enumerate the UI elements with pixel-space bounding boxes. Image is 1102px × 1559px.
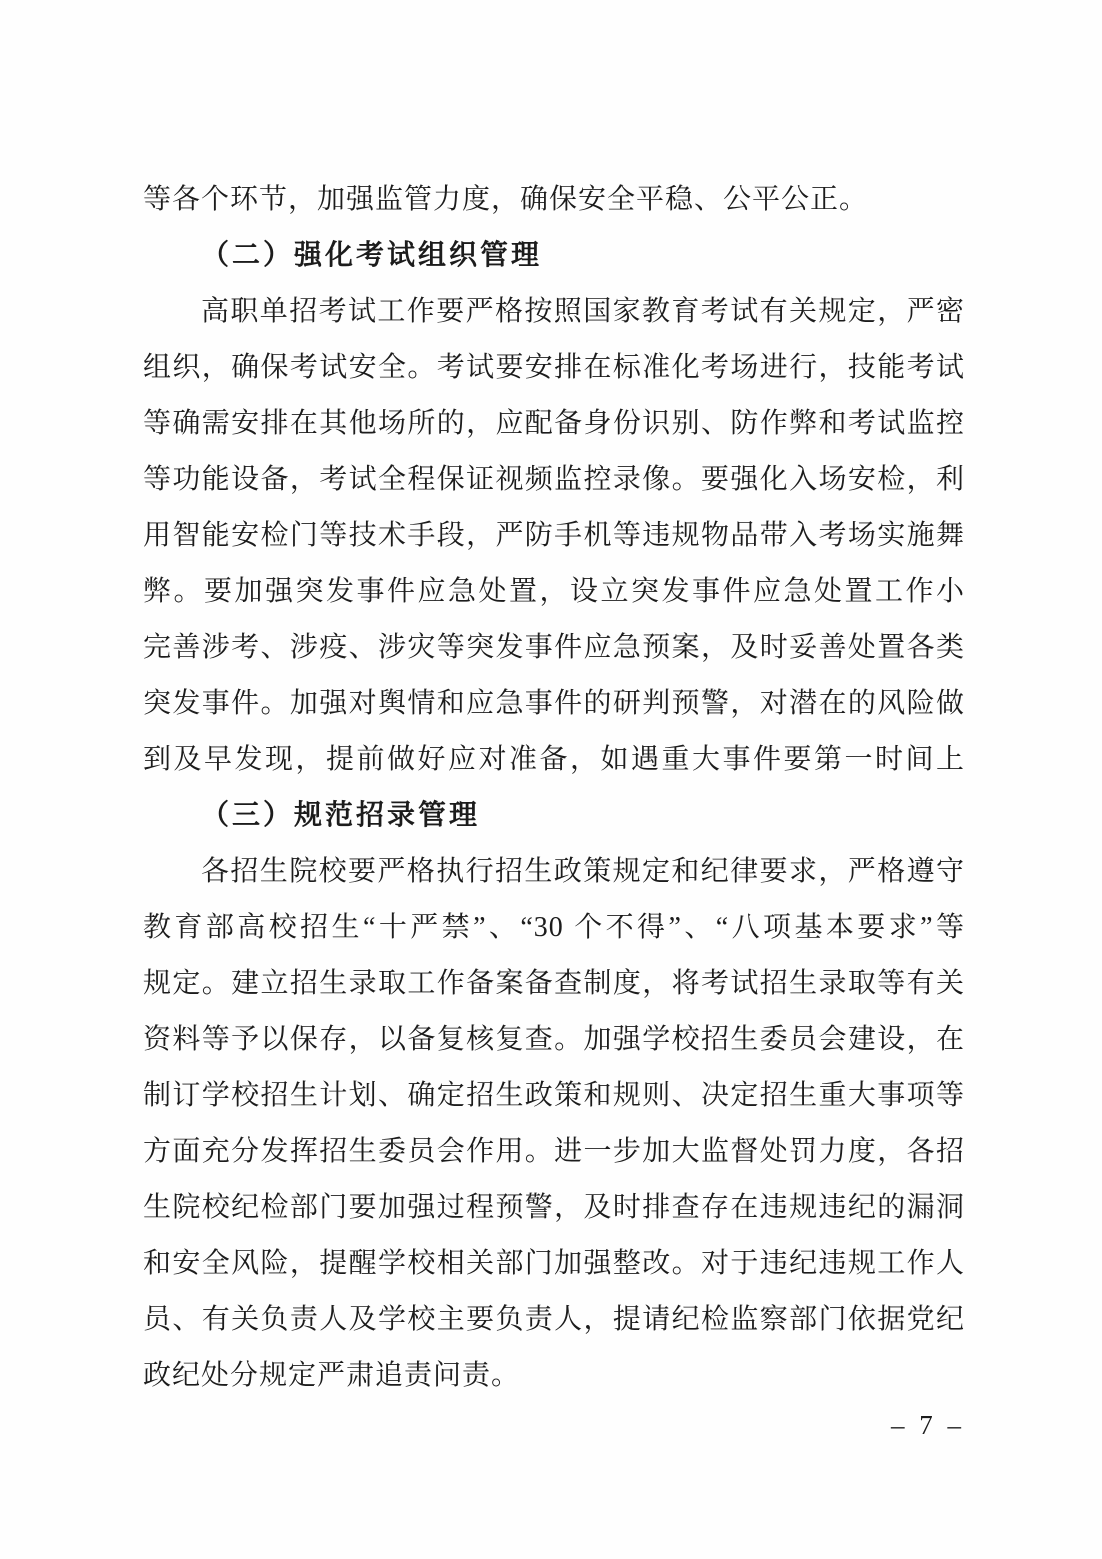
text-line: 组织，确保考试安全。考试要安排在标准化考场进行，技能考试	[143, 340, 965, 396]
text-line: 方面充分发挥招生委员会作用。进一步加大监督处罚力度，各招	[143, 1124, 965, 1180]
text-line: 等各个环节，加强监管力度，确保安全平稳、公平公正。	[143, 172, 965, 228]
text-line: 高职单招考试工作要严格按照国家教育考试有关规定，严密	[143, 284, 965, 340]
page-number: – 7 –	[891, 1408, 965, 1442]
text-line: 突发事件。加强对舆情和应急事件的研判预警，对潜在的风险做	[143, 676, 965, 732]
document-page: 等各个环节，加强监管力度，确保安全平稳、公平公正。（二）强化考试组织管理高职单招…	[0, 0, 1102, 1559]
section-heading: （二）强化考试组织管理	[143, 228, 965, 284]
text-line: 和安全风险，提醒学校相关部门加强整改。对于违纪违规工作人	[143, 1236, 965, 1292]
text-line: 等功能设备，考试全程保证视频监控录像。要强化入场安检，利	[143, 452, 965, 508]
text-line: 规定。建立招生录取工作备案备查制度，将考试招生录取等有关	[143, 956, 965, 1012]
text-line: 员、有关负责人及学校主要负责人，提请纪检监察部门依据党纪	[143, 1292, 965, 1348]
text-line: 等确需安排在其他场所的，应配备身份识别、防作弊和考试监控	[143, 396, 965, 452]
document-lines: 等各个环节，加强监管力度，确保安全平稳、公平公正。（二）强化考试组织管理高职单招…	[143, 172, 965, 1404]
text-line: 弊。要加强突发事件应急处置，设立突发事件应急处置工作小组，	[143, 564, 965, 620]
text-line: 完善涉考、涉疫、涉灾等突发事件应急预案，及时妥善处置各类	[143, 620, 965, 676]
text-line: 到及早发现，提前做好应对准备，如遇重大事件要第一时间上报。	[143, 732, 965, 788]
text-line: 生院校纪检部门要加强过程预警，及时排查存在违规违纪的漏洞	[143, 1180, 965, 1236]
text-line: 用智能安检门等技术手段，严防手机等违规物品带入考场实施舞	[143, 508, 965, 564]
document-body: 等各个环节，加强监管力度，确保安全平稳、公平公正。（二）强化考试组织管理高职单招…	[143, 172, 965, 1404]
text-line: 制订学校招生计划、确定招生政策和规则、决定招生重大事项等	[143, 1068, 965, 1124]
text-line: 各招生院校要严格执行招生政策规定和纪律要求，严格遵守	[143, 844, 965, 900]
text-line: 资料等予以保存，以备复核复查。加强学校招生委员会建设，在	[143, 1012, 965, 1068]
text-line: 教育部高校招生“十严禁”、“30 个不得”、“八项基本要求”等	[143, 900, 965, 956]
text-line: 政纪处分规定严肃追责问责。	[143, 1348, 965, 1404]
section-heading: （三）规范招录管理	[143, 788, 965, 844]
